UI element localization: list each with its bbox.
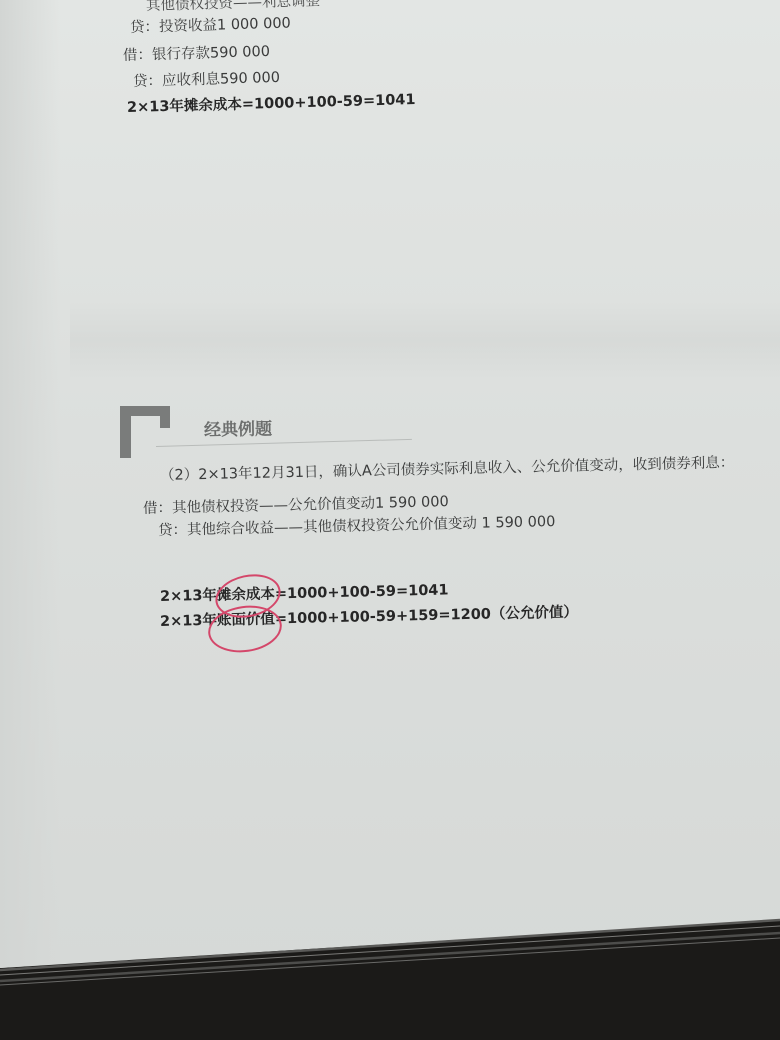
- entry-text: 投资收益1 000 000: [159, 16, 291, 36]
- amortized-cost-formula-top: 2×13年摊余成本=1000+100-59=1041: [127, 88, 416, 117]
- stacked-page-edges: [0, 900, 780, 990]
- formula-rest: =1000+100-59=1041: [275, 582, 449, 602]
- entry-label: 借：: [123, 47, 152, 64]
- entry-text: 银行存款590 000: [152, 44, 270, 63]
- amortized-cost-formula: 2×13年摊余成本=1000+100-59=1041: [160, 578, 449, 606]
- section-heading: 经典例题: [204, 414, 272, 440]
- entry-credit-interest-receivable: 贷：应收利息590 000: [133, 66, 280, 91]
- entry-label: 贷：: [130, 19, 159, 36]
- example-intro: （2）2×13年12月31日，确认A公司债券实际利息收入、公允价值变动，收到债券…: [160, 451, 735, 485]
- section-bracket-icon: [120, 406, 170, 458]
- page-shadow: [0, 0, 60, 970]
- entry-debit-bank-deposit: 借：银行存款590 000: [123, 40, 270, 65]
- heading-rule: [156, 439, 412, 447]
- entry-label: 贷：: [133, 73, 162, 90]
- entry-text: 应收利息590 000: [162, 70, 280, 89]
- entry-text: 其他综合收益——其他债权投资公允价值变动 1 590 000: [187, 514, 556, 538]
- entry-label: 贷：: [158, 522, 187, 539]
- formula-rest: =1000+100-59+159=1200（公允价值）: [275, 605, 578, 628]
- entry-credit-investment-income: 贷：投资收益1 000 000: [130, 12, 291, 37]
- formula-prefix: 2×13年: [160, 588, 217, 605]
- page-fold: [70, 300, 780, 380]
- document-page: 其他债权投资——利息调整 贷：投资收益1 000 000 借：银行存款590 0…: [0, 0, 780, 970]
- entry-label: 借：: [143, 500, 172, 517]
